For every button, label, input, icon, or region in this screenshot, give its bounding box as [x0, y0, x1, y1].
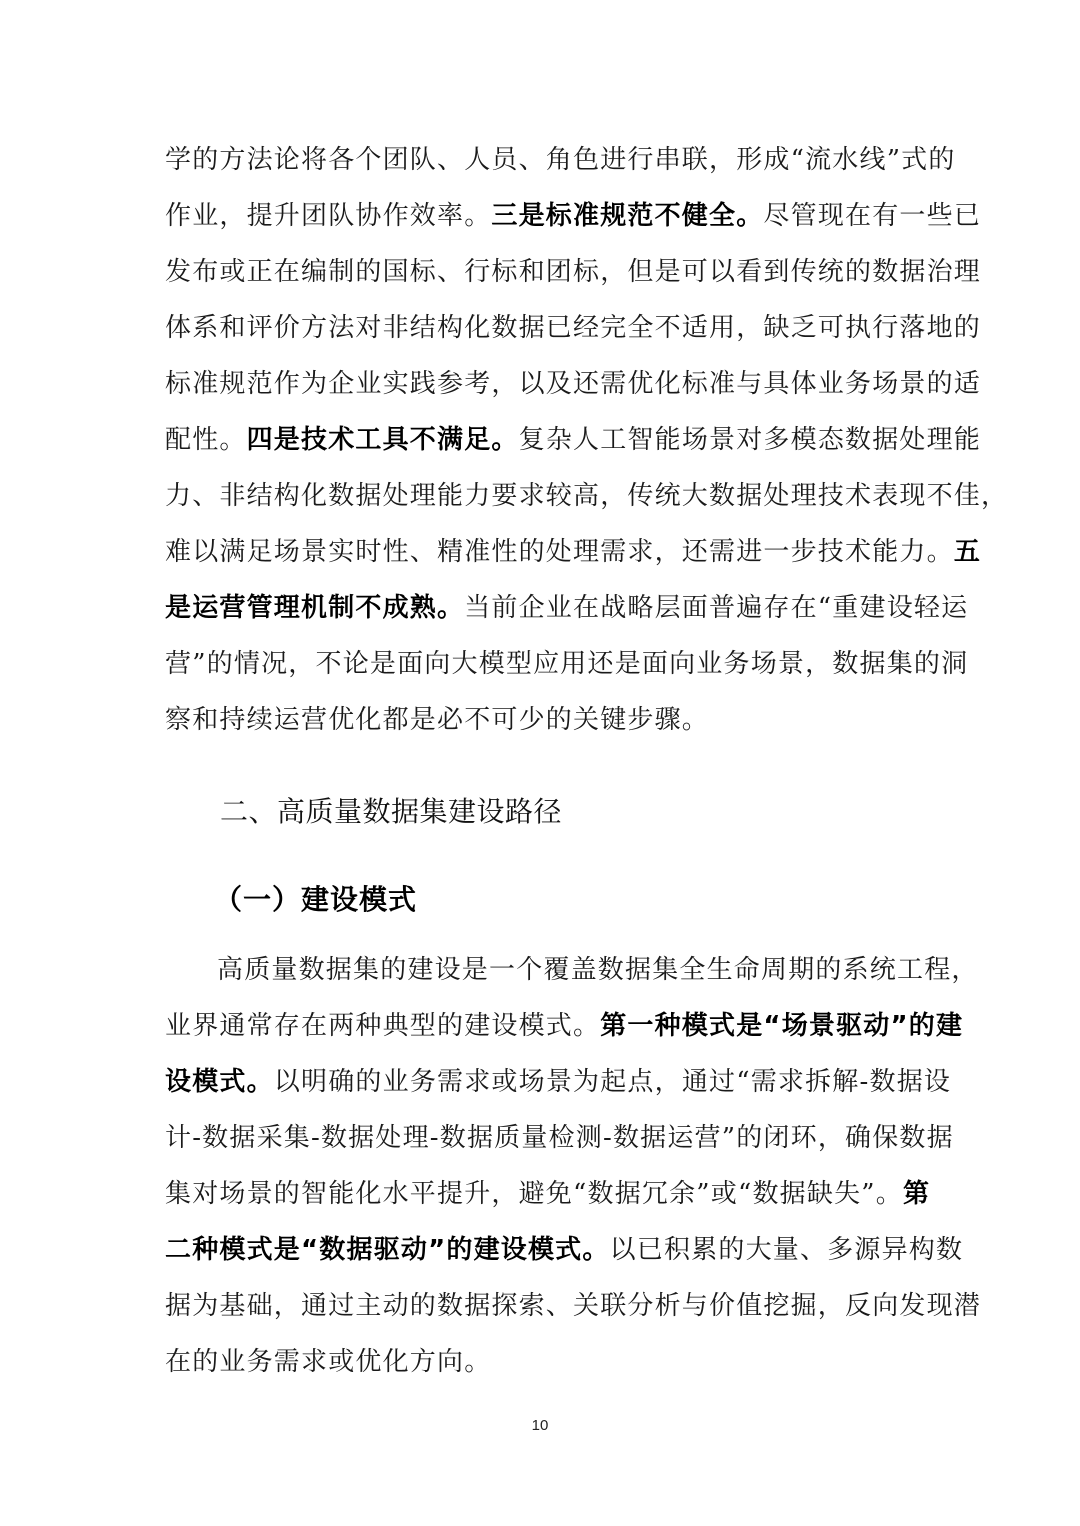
text-line: 体系和评价方法对非结构化数据已经完全不适用，缺乏可执行落地的 — [165, 308, 915, 348]
text-run: 标准规范作为企业实践参考，以及还需优化标准与具体业务场景的适 — [165, 369, 981, 399]
text-line: 业界通常存在两种典型的建设模式。第一种模式是“场景驱动”的建 — [165, 1006, 915, 1046]
bold-text-run: 五 — [954, 537, 981, 567]
text-line: 作业，提升团队协作效率。三是标准规范不健全。尽管现在有一些已 — [165, 196, 915, 236]
text-run: 集对场景的智能化水平提升，避免“数据冗余”或“数据缺失”。 — [165, 1179, 903, 1209]
text-line: 学的方法论将各个团队、人员、角色进行串联，形成“流水线”式的 — [165, 140, 915, 180]
bold-text-run: 三是标准规范不健全。 — [491, 201, 763, 231]
text-line: 设模式。以明确的业务需求或场景为起点，通过“需求拆解-数据设 — [165, 1062, 915, 1102]
text-line: 集对场景的智能化水平提升，避免“数据冗余”或“数据缺失”。第 — [165, 1174, 915, 1214]
page-number: 10 — [0, 1417, 1080, 1434]
text-run: 营”的情况，不论是面向大模型应用还是面向业务场景，数据集的洞 — [165, 649, 968, 679]
text-line: 标准规范作为企业实践参考，以及还需优化标准与具体业务场景的适 — [165, 364, 915, 404]
text-run: 当前企业在战略层面普遍存在“重建设轻运 — [464, 593, 968, 623]
text-line: 计-数据采集-数据处理-数据质量检测-数据运营”的闭环，确保数据 — [165, 1118, 915, 1158]
text-run: 据为基础，通过主动的数据探索、关联分析与价值挖掘，反向发现潜 — [165, 1291, 981, 1321]
text-line: 营”的情况，不论是面向大模型应用还是面向业务场景，数据集的洞 — [165, 644, 915, 684]
text-run: 发布或正在编制的国标、行标和团标，但是可以看到传统的数据治理 — [165, 257, 981, 287]
text-line: 二种模式是“数据驱动”的建设模式。以已积累的大量、多源异构数 — [165, 1230, 915, 1270]
text-line: 察和持续运营优化都是必不可少的关键步骤。 — [165, 700, 915, 740]
bold-text-run: 第一种模式是“场景驱动”的建 — [600, 1011, 963, 1041]
bold-text-run: 设模式。 — [165, 1067, 274, 1097]
text-run: 尽管现在有一些已 — [763, 201, 981, 231]
text-line: 难以满足场景实时性、精准性的处理需求，还需进一步技术能力。五 — [165, 532, 915, 572]
bold-text-run: 四是技术工具不满足。 — [247, 425, 519, 455]
text-line: 是运营管理机制不成熟。当前企业在战略层面普遍存在“重建设轻运 — [165, 588, 915, 628]
text-run: 作业，提升团队协作效率。 — [165, 201, 491, 231]
text-run: 计-数据采集-数据处理-数据质量检测-数据运营”的闭环，确保数据 — [165, 1123, 954, 1153]
text-line: 在的业务需求或优化方向。 — [165, 1342, 915, 1382]
text-run: 复杂人工智能场景对多模态数据处理能 — [519, 425, 981, 455]
document-page: 学的方法论将各个团队、人员、角色进行串联，形成“流水线”式的 作业，提升团队协作… — [0, 0, 1080, 1526]
text-run: 难以满足场景实时性、精准性的处理需求，还需进一步技术能力。 — [165, 537, 954, 567]
text-line: 配性。四是技术工具不满足。复杂人工智能场景对多模态数据处理能 — [165, 420, 915, 460]
bold-text-run: 二种模式是“数据驱动”的建设模式。 — [165, 1235, 610, 1265]
text-run: 力、非结构化数据处理能力要求较高，传统大数据处理技术表现不佳， — [165, 481, 1008, 511]
text-run: 在的业务需求或优化方向。 — [165, 1347, 491, 1377]
text-run: 配性。 — [165, 425, 247, 455]
section-heading: 二、高质量数据集建设路径 — [220, 792, 562, 832]
bold-text-run: 是运营管理机制不成熟。 — [165, 593, 464, 623]
text-run: 体系和评价方法对非结构化数据已经完全不适用，缺乏可执行落地的 — [165, 313, 981, 343]
text-line: 力、非结构化数据处理能力要求较高，传统大数据处理技术表现不佳， — [165, 476, 915, 516]
text-run: 察和持续运营优化都是必不可少的关键步骤。 — [165, 705, 709, 735]
subsection-heading: （一）建设模式 — [214, 880, 417, 920]
text-run: 以已积累的大量、多源异构数 — [610, 1235, 964, 1265]
text-run: 学的方法论将各个团队、人员、角色进行串联，形成“流水线”式的 — [165, 145, 956, 175]
text-run: 高质量数据集的建设是一个覆盖数据集全生命周期的系统工程， — [217, 955, 979, 985]
bold-text-run: 第 — [903, 1179, 930, 1209]
text-run: 业界通常存在两种典型的建设模式。 — [165, 1011, 600, 1041]
text-line: 据为基础，通过主动的数据探索、关联分析与价值挖掘，反向发现潜 — [165, 1286, 915, 1326]
text-line: 高质量数据集的建设是一个覆盖数据集全生命周期的系统工程， — [217, 950, 915, 990]
text-run: 以明确的业务需求或场景为起点，通过“需求拆解-数据设 — [274, 1067, 951, 1097]
text-line: 发布或正在编制的国标、行标和团标，但是可以看到传统的数据治理 — [165, 252, 915, 292]
